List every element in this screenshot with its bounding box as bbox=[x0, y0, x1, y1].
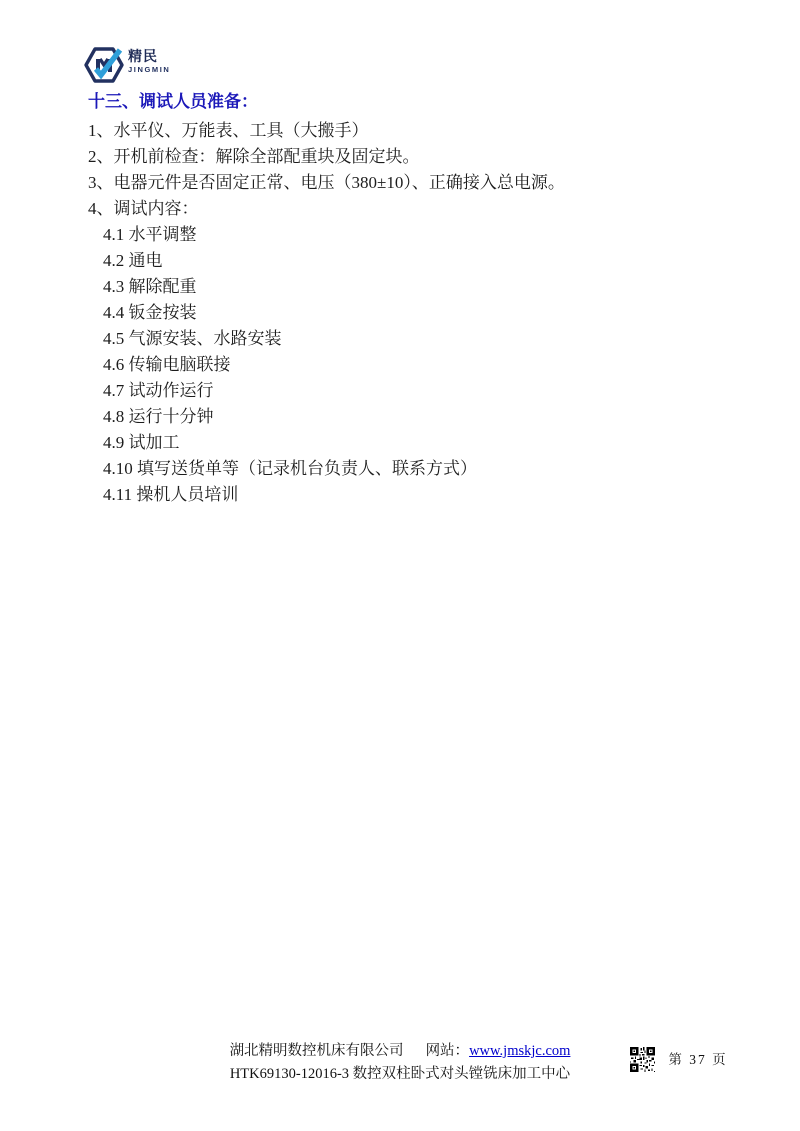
section-heading: 十三、调试人员准备： bbox=[88, 88, 770, 116]
sub-list-item: 4.2 通电 bbox=[103, 248, 770, 274]
page-number: 第 37 页 bbox=[658, 1048, 738, 1071]
sub-list-item: 4.5 气源安装、水路安装 bbox=[103, 326, 770, 352]
logo-wordmark: 精民 JINGMIN bbox=[128, 49, 170, 74]
document-body: 十三、调试人员准备： 1、水平仪、万能表、工具（大搬手） 2、开机前检查：解除全… bbox=[88, 88, 770, 508]
website-link[interactable]: www.jmskjc.com bbox=[469, 1043, 570, 1059]
sub-list-item: 4.4 钣金按装 bbox=[103, 300, 770, 326]
sub-list-item: 4.3 解除配重 bbox=[103, 274, 770, 300]
sub-list-item: 4.7 试动作运行 bbox=[103, 378, 770, 404]
list-item: 3、电器元件是否固定正常、电压（380±10）、正确接入总电源。 bbox=[88, 170, 770, 196]
sub-list-item: 4.1 水平调整 bbox=[103, 222, 770, 248]
website-label: 网站： bbox=[426, 1043, 470, 1059]
company-logo: 精民 JINGMIN bbox=[84, 46, 170, 84]
sub-list-item: 4.6 传输电脑联接 bbox=[103, 352, 770, 378]
qr-code-icon bbox=[630, 1047, 655, 1072]
list-item: 4、调试内容： bbox=[88, 196, 770, 222]
brand-name-cn: 精民 bbox=[128, 49, 170, 63]
sub-list-item: 4.10 填写送货单等（记录机台负责人、联系方式） bbox=[103, 456, 770, 482]
sub-list-item: 4.9 试加工 bbox=[103, 430, 770, 456]
document-page: 精民 JINGMIN 十三、调试人员准备： 1、水平仪、万能表、工具（大搬手） … bbox=[0, 0, 800, 1131]
sub-list-item: 4.11 操机人员培训 bbox=[103, 482, 770, 508]
brand-name-en: JINGMIN bbox=[128, 66, 170, 74]
company-name: 湖北精明数控机床有限公司 bbox=[230, 1043, 404, 1059]
sub-list-item: 4.8 运行十分钟 bbox=[103, 404, 770, 430]
logo-hexagon-icon bbox=[84, 46, 124, 84]
list-item: 1、水平仪、万能表、工具（大搬手） bbox=[88, 118, 770, 144]
list-item: 2、开机前检查：解除全部配重块及固定块。 bbox=[88, 144, 770, 170]
